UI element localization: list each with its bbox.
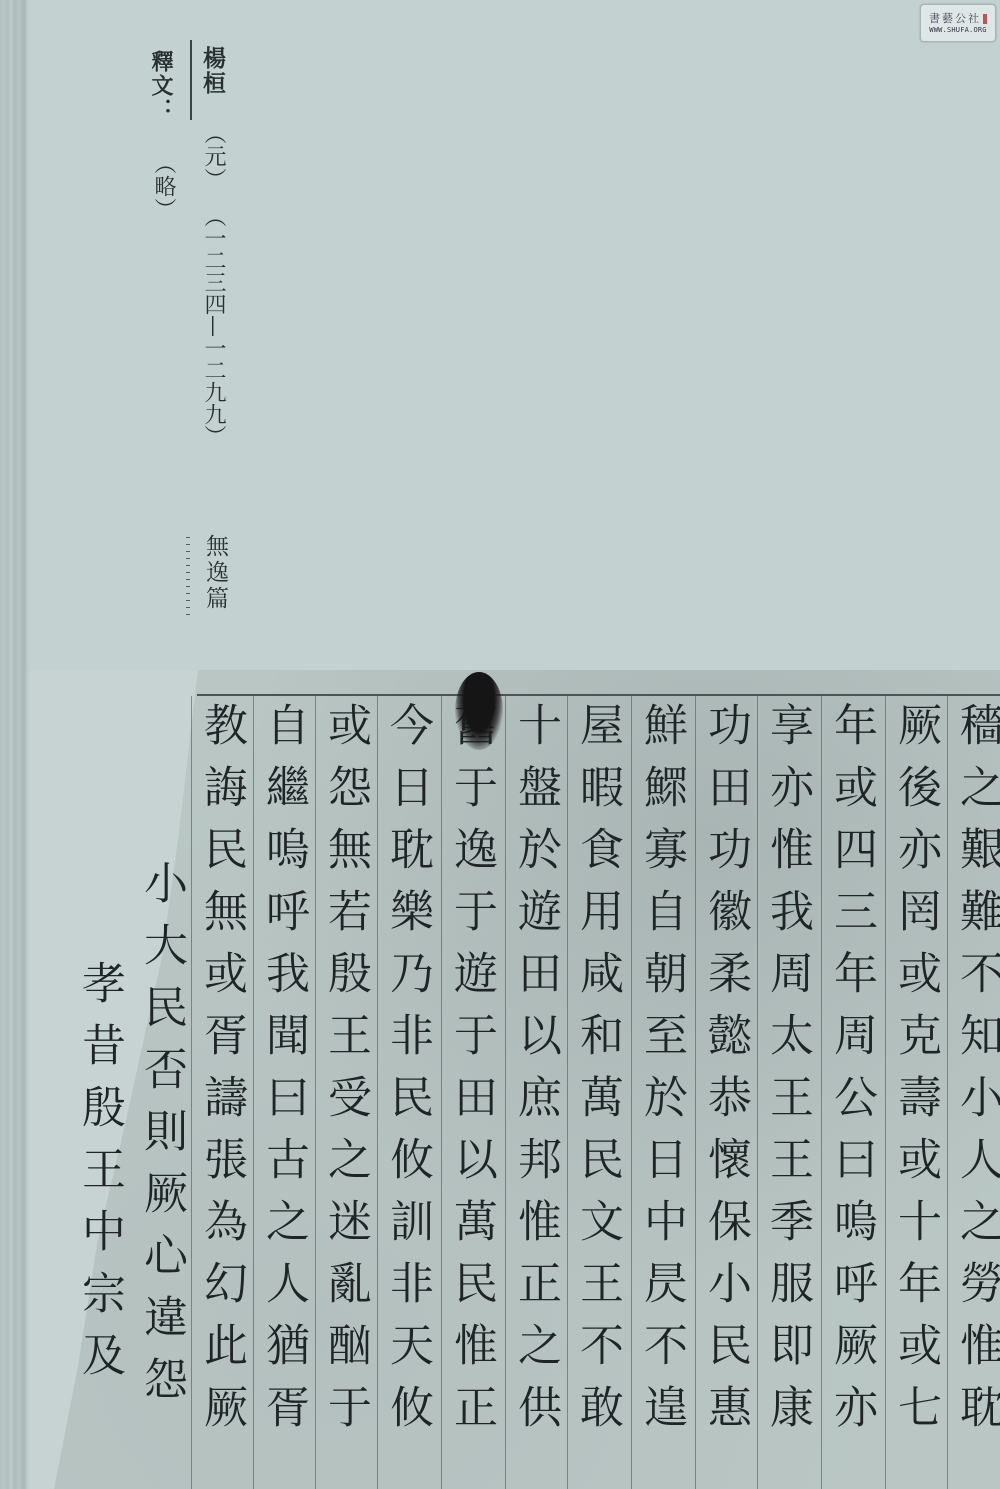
scroll-top-rule	[197, 694, 1000, 696]
transcription-value: （略）	[148, 152, 179, 221]
watermark-url: WWW.SHUFA.ORG	[929, 25, 986, 35]
column-rule	[885, 696, 886, 1489]
calligraphy-column: 十盤於遊田以庶邦惟正之供	[510, 702, 560, 1446]
author-name: 楊桓	[196, 46, 229, 96]
calligraphy-column: 孝昔殷王中宗及	[74, 960, 124, 1394]
column-rule	[821, 696, 822, 1489]
column-rule	[377, 696, 378, 1489]
column-rule	[631, 696, 632, 1489]
calligraphy-column: 年或四三年周公曰嗚呼厥亦	[826, 702, 876, 1446]
calligraphy-column: 功田功徽柔懿恭懷保小民惠	[700, 702, 750, 1446]
seal-stamp-icon	[983, 14, 987, 24]
column-rule	[947, 696, 948, 1489]
calligraphy-column: 小大民否則厥心違怨	[136, 860, 186, 1418]
column-rule	[191, 696, 192, 1489]
column-rule	[757, 696, 758, 1489]
book-page-edges	[0, 0, 30, 1489]
calligraphy-column: 自繼嗚呼我聞曰古之人猶胥	[258, 702, 308, 1446]
watermark-logo: 書藝公社	[929, 12, 987, 25]
calligraphy-column: 穡之艱難不知小人之勞惟耽	[952, 702, 1000, 1446]
column-rule	[253, 696, 254, 1489]
work-title: 無逸篇	[199, 534, 232, 612]
calligraphy-column: 享亦惟我周太王王季服即康	[762, 702, 812, 1446]
column-rule	[567, 696, 568, 1489]
calligraphy-column: 鮮鰥寡自朝至於日中昃不遑	[636, 702, 686, 1446]
calligraphy-column: 屋暇食用咸和萬民文王不敢	[572, 702, 622, 1446]
author-dates: （一二三四—一二九九）	[198, 205, 229, 447]
column-rule	[695, 696, 696, 1489]
watermark-badge: 書藝公社 WWW.SHUFA.ORG	[920, 4, 996, 42]
column-rule	[315, 696, 316, 1489]
column-rule	[505, 696, 506, 1489]
title-divider	[190, 40, 192, 120]
calligraphy-column: 今日耽樂乃非民攸訓非天攸	[382, 702, 432, 1446]
wavy-underline	[183, 534, 193, 618]
calligraphy-column: 厥後亦罔或克壽或十年或七	[890, 702, 940, 1446]
calligraphy-column: 教誨民無或胥譸張為幻此厥	[196, 702, 246, 1446]
calligraphy-column: 舊于逸于遊于田以萬民惟正	[446, 702, 496, 1446]
calligraphy-column: 或怨無若殷王受之迷亂酗于	[320, 702, 370, 1446]
author-dynasty: （元）	[198, 122, 229, 191]
transcription-label: 釋文：	[146, 50, 177, 122]
column-rule	[441, 696, 442, 1489]
ink-stain	[455, 672, 503, 750]
